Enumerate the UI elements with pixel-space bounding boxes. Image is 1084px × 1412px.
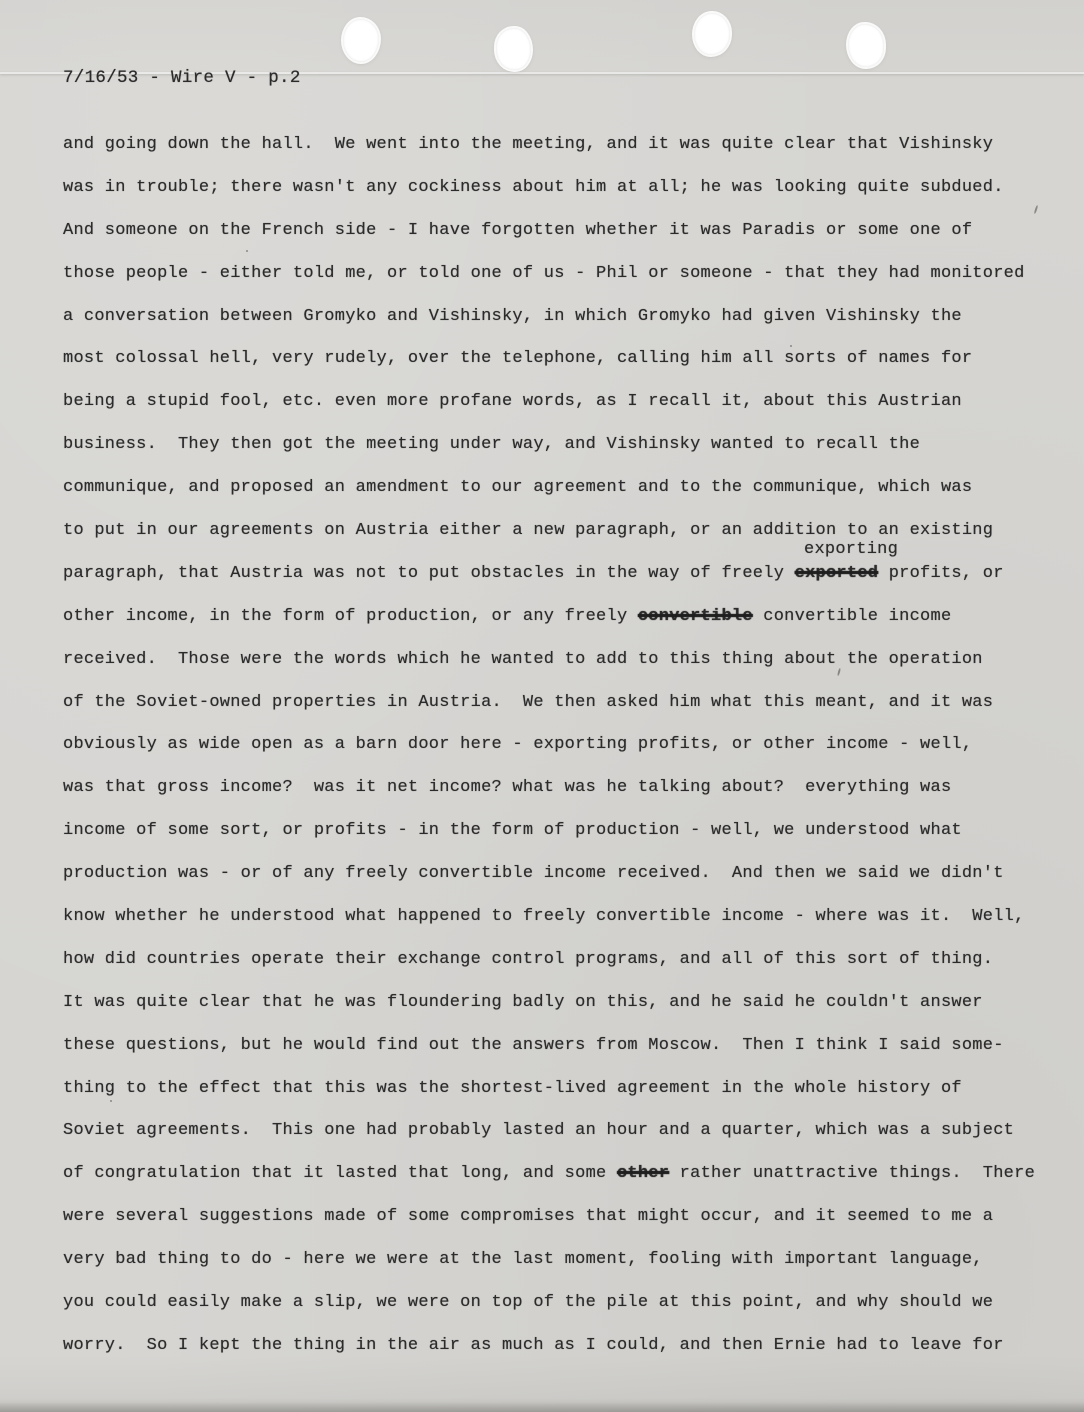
text-segment: of congratulation that it lasted that lo… [63, 1164, 617, 1183]
text-line: you could easily make a slip, we were on… [63, 1282, 1048, 1325]
text-segment: profits, or [878, 564, 1003, 583]
text-segment: to put in our agreements on Austria eith… [63, 521, 993, 540]
text-line: a conversation between Gromyko and Vishi… [63, 296, 1048, 339]
text-line: were several suggestions made of some co… [63, 1196, 1048, 1239]
text-segment: being a stupid fool, etc. even more prof… [63, 392, 962, 411]
text-line: know whether he understood what happened… [63, 896, 1048, 939]
text-line: those people - either told me, or told o… [63, 253, 1048, 296]
text-line: and going down the hall. We went into th… [63, 124, 1048, 167]
text-segment: obviously as wide open as a barn door he… [63, 735, 972, 754]
page-bottom-shadow [0, 1402, 1084, 1412]
text-segment: worry. So I kept the thing in the air as… [63, 1336, 1004, 1355]
text-line: Soviet agreements. This one had probably… [63, 1110, 1048, 1153]
text-line: income of some sort, or profits - in the… [63, 810, 1048, 853]
text-line: was that gross income? was it net income… [63, 767, 1048, 810]
text-segment: convertible income [753, 607, 952, 626]
text-line: And someone on the French side - I have … [63, 210, 1048, 253]
text-segment: were several suggestions made of some co… [63, 1207, 993, 1226]
text-segment: received. Those were the words which he … [63, 650, 983, 669]
text-line: very bad thing to do - here we were at t… [63, 1239, 1048, 1282]
text-line: production was - or of any freely conver… [63, 853, 1048, 896]
page-header: 7/16/53 - Wire V - p.2 [63, 68, 301, 88]
punch-hole [496, 28, 531, 70]
text-segment: was in trouble; there wasn't any cockine… [63, 178, 1004, 197]
text-segment: and going down the hall. We went into th… [63, 135, 993, 154]
text-line: received. Those were the words which he … [63, 639, 1048, 682]
text-line: obviously as wide open as a barn door he… [63, 724, 1048, 767]
punch-hole [848, 24, 884, 67]
paper-speck [110, 1100, 112, 1102]
struck-out-text: exported [795, 564, 879, 583]
text-segment: And someone on the French side - I have … [63, 221, 972, 240]
text-segment: income of some sort, or profits - in the… [63, 821, 962, 840]
text-segment: of the Soviet-owned properties in Austri… [63, 693, 993, 712]
text-line: of the Soviet-owned properties in Austri… [63, 682, 1048, 725]
text-segment: very bad thing to do - here we were at t… [63, 1250, 983, 1269]
struck-out-text: convertible [638, 607, 753, 626]
text-segment: communique, and proposed an amendment to… [63, 478, 972, 497]
text-line: business. They then got the meeting unde… [63, 424, 1048, 467]
document-page: 7/16/53 - Wire V - p.2 exporting and goi… [0, 0, 1084, 1412]
text-segment: It was quite clear that he was flounderi… [63, 993, 983, 1012]
text-segment: production was - or of any freely conver… [63, 864, 1004, 883]
text-line: of congratulation that it lasted that lo… [63, 1153, 1048, 1196]
text-line: these questions, but he would find out t… [63, 1025, 1048, 1068]
text-segment: those people - either told me, or told o… [63, 264, 1025, 283]
document-body: and going down the hall. We went into th… [63, 124, 1048, 1368]
text-line: to put in our agreements on Austria eith… [63, 510, 1048, 553]
text-segment: business. They then got the meeting unde… [63, 435, 920, 454]
text-segment: know whether he understood what happened… [63, 907, 1025, 926]
paper-speck [790, 345, 792, 347]
text-segment: paragraph, that Austria was not to put o… [63, 564, 795, 583]
struck-out-text: other [617, 1164, 669, 1183]
text-segment: other income, in the form of production,… [63, 607, 638, 626]
text-line: how did countries operate their exchange… [63, 939, 1048, 982]
text-segment: thing to the effect that this was the sh… [63, 1079, 962, 1098]
text-line: most colossal hell, very rudely, over th… [63, 338, 1048, 381]
text-line: communique, and proposed an amendment to… [63, 467, 1048, 510]
text-line: It was quite clear that he was flounderi… [63, 982, 1048, 1025]
text-segment: rather unattractive things. There [669, 1164, 1035, 1183]
text-line: being a stupid fool, etc. even more prof… [63, 381, 1048, 424]
text-segment: Soviet agreements. This one had probably… [63, 1121, 1014, 1140]
text-segment: you could easily make a slip, we were on… [63, 1293, 993, 1312]
punch-hole [694, 13, 730, 55]
text-segment: these questions, but he would find out t… [63, 1036, 1004, 1055]
paper-speck [246, 250, 248, 252]
text-segment: how did countries operate their exchange… [63, 950, 993, 969]
text-line: thing to the effect that this was the sh… [63, 1068, 1048, 1111]
text-segment: was that gross income? was it net income… [63, 778, 951, 797]
text-line: was in trouble; there wasn't any cockine… [63, 167, 1048, 210]
text-line: paragraph, that Austria was not to put o… [63, 553, 1048, 596]
text-line: other income, in the form of production,… [63, 596, 1048, 639]
text-line: worry. So I kept the thing in the air as… [63, 1325, 1048, 1368]
text-segment: a conversation between Gromyko and Vishi… [63, 307, 962, 326]
punch-hole [343, 19, 379, 62]
text-segment: most colossal hell, very rudely, over th… [63, 349, 972, 368]
